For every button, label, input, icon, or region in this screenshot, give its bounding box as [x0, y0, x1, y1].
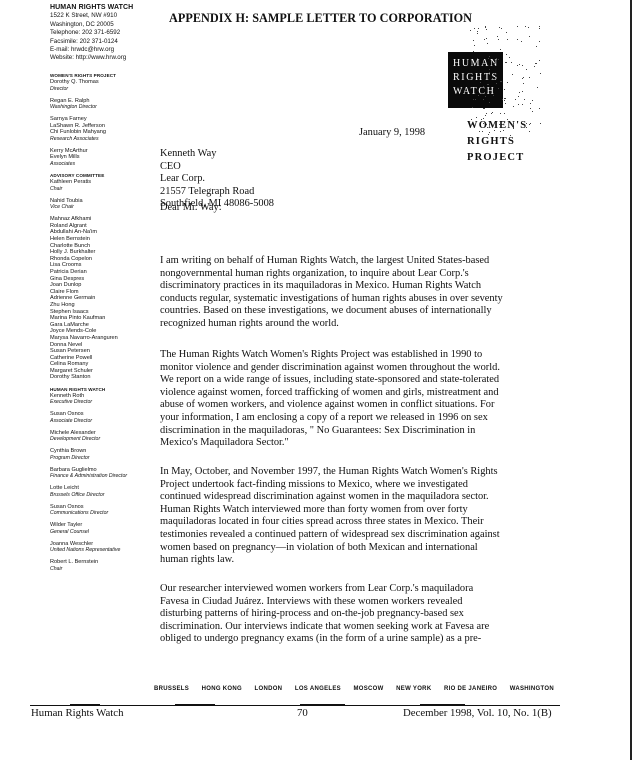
speckle [536, 46, 537, 47]
speckle [513, 128, 514, 129]
speckle [501, 28, 502, 29]
footer-rule [30, 705, 560, 706]
speckle [523, 77, 524, 78]
womens-rights-project-staff: WOMEN'S RIGHTS PROJECTDorothy Q. ThomasD… [50, 73, 150, 168]
staff-role: Development Director [50, 436, 150, 442]
staff-role: Program Director [50, 455, 150, 461]
letter-date: January 9, 1998 [359, 127, 425, 138]
body-paragraph: The Human Rights Watch Women's Rights Pr… [160, 349, 630, 450]
staff-group: Kerry McArthurEvelyn MillsAssociates [50, 148, 150, 168]
speckle [486, 29, 487, 30]
speckle [530, 108, 531, 109]
speckle [471, 119, 472, 120]
staff-name: Donna Nevel [50, 342, 150, 349]
speckle [525, 26, 526, 27]
speckle [498, 39, 499, 40]
speckle [522, 65, 523, 66]
speckle [513, 106, 514, 107]
staff-group: Regan E. RalphWashington Director [50, 98, 150, 111]
city: RIO DE JANEIRO [444, 686, 497, 692]
staff-name: Catherine Powell [50, 355, 150, 362]
staff-name: Roland Algrant [50, 223, 150, 230]
speckle [506, 32, 507, 33]
staff-role: Chair [50, 186, 150, 192]
speckle [488, 84, 489, 85]
speckle [530, 103, 531, 104]
staff-name: Kenneth Roth [50, 393, 150, 400]
speckle [488, 134, 489, 135]
recipient-company: Lear Corp. [160, 173, 274, 186]
speckle [498, 88, 499, 89]
staff-name: Cynthia Brown [50, 448, 150, 455]
staff-name: Celina Romany [50, 361, 150, 368]
speckle [485, 27, 486, 28]
staff-name: Michele Alexander [50, 430, 150, 437]
speckle [489, 72, 490, 73]
speckle [495, 76, 496, 77]
speckle [486, 38, 487, 39]
recipient-name: Kenneth Way [160, 148, 274, 161]
logo-sub-line: WOMEN'S [467, 118, 527, 134]
speckle [477, 31, 478, 32]
speckle [532, 111, 533, 112]
speckle [472, 124, 473, 125]
staff-name: Mahnaz Afkhami [50, 216, 150, 223]
speckle [511, 62, 512, 63]
staff-group: Mahnaz AfkhamiRoland AlgrantAbdullahi An… [50, 216, 150, 381]
speckle [483, 123, 484, 124]
speckle [537, 87, 538, 88]
speckle [529, 131, 530, 132]
speckle [494, 63, 495, 64]
staff-role: United Nations Representative [50, 547, 150, 553]
staff-name: Helen Bernstein [50, 236, 150, 243]
speckle [497, 36, 498, 37]
advisory-committee: ADVISORY COMMITTEEKathleen PeratisChairN… [50, 173, 150, 381]
staff-role: Brussels Office Director [50, 492, 150, 498]
footer-rule-segment [70, 704, 100, 706]
speckle [539, 108, 540, 109]
staff-role: Vice Chair [50, 204, 150, 210]
staff-name: Joyce Mends-Cole [50, 328, 150, 335]
speckle [489, 69, 490, 70]
staff-role: Finance & Administration Director [50, 473, 150, 479]
speckle [524, 99, 525, 100]
speckle [483, 86, 484, 87]
speckle [529, 77, 530, 78]
recipient-street: 21557 Telegraph Road [160, 186, 274, 199]
speckle [487, 43, 488, 44]
staff-group: Kathleen PeratisChair [50, 179, 150, 192]
footer-rule-segment [175, 704, 215, 706]
staff-name: Abdullahi An-Na'im [50, 229, 150, 236]
staff-name: Susan Petersen [50, 348, 150, 355]
footer-rule-segment [300, 704, 345, 706]
salutation: Dear Mr. Way: [160, 202, 222, 215]
speckle [526, 69, 527, 70]
speckle [522, 78, 523, 79]
speckle [517, 65, 518, 66]
org-address-line: Washington, DC 20005 [50, 21, 150, 29]
speckle [478, 28, 479, 29]
speckle [526, 127, 527, 128]
speckle [522, 104, 523, 105]
staff-role: Director [50, 86, 150, 92]
speckle [512, 125, 513, 126]
staff-name: Evelyn Mills [50, 154, 150, 161]
body-paragraph: I am writing on behalf of Human Rights W… [160, 255, 630, 331]
speckle [474, 28, 475, 29]
speckle [496, 58, 497, 59]
speckle [521, 41, 522, 42]
staff-name: Joanna Weschler [50, 541, 150, 548]
staff-name: Joan Dunlop [50, 282, 150, 289]
speckle [500, 131, 501, 132]
document-page: HUMAN RIGHTS WATCH 1522 K Street, NW #91… [0, 0, 636, 760]
speckle [505, 103, 506, 104]
staff-role: Executive Director [50, 399, 150, 405]
staff-name: Marysa Navarro-Aranguren [50, 335, 150, 342]
speckle [484, 39, 485, 40]
staff-name: Susan Osnos [50, 504, 150, 511]
speckle [499, 124, 500, 125]
footer-publisher: Human Rights Watch [31, 707, 124, 719]
org-website: Website: http://www.hrw.org [50, 54, 150, 62]
speckle [499, 27, 500, 28]
speckle [503, 130, 504, 131]
appendix-title: APPENDIX H: SAMPLE LETTER TO CORPORATION [169, 11, 472, 26]
office-cities: BRUSSELS HONG KONG LONDON LOS ANGELES MO… [154, 686, 554, 692]
speckle [489, 102, 490, 103]
staff-name: Wilder Tayler [50, 522, 150, 529]
staff-group: Robert L. BernsteinChair [50, 559, 150, 572]
speckle [486, 113, 487, 114]
staff-name: Zhu Hong [50, 302, 150, 309]
speckle [489, 56, 490, 57]
speckle [494, 130, 495, 131]
speckle [507, 82, 508, 83]
staff-group: Lotte LeichtBrussels Office Director [50, 485, 150, 498]
speckle [528, 27, 529, 28]
speckle [526, 123, 527, 124]
footer-rule-segment [420, 704, 465, 706]
staff-name: Nahid Toubia [50, 198, 150, 205]
hrw-staff: HUMAN RIGHTS WATCHKenneth RothExecutive … [50, 387, 150, 573]
staff-name: Charlotte Bunch [50, 243, 150, 250]
speckle [532, 100, 533, 101]
staff-name: Lisa Crooms [50, 262, 150, 269]
speckle [518, 104, 519, 105]
speckle [529, 36, 530, 37]
speckle [512, 74, 513, 75]
womens-rights-project-logo-text: WOMEN'S RIGHTS PROJECT [467, 118, 527, 166]
body-paragraph: Our researcher interviewed women workers… [160, 583, 630, 646]
recipient-title: CEO [160, 161, 274, 174]
staff-name: Robert L. Bernstein [50, 559, 150, 566]
staff-name: Regan E. Ralph [50, 98, 150, 105]
footer-issue: December 1998, Vol. 10, No. 1(B) [403, 707, 552, 719]
staff-name: Gina Despres [50, 276, 150, 283]
staff-role: Associate Director [50, 418, 150, 424]
speckle [504, 100, 505, 101]
speckle [486, 124, 487, 125]
speckle [535, 63, 536, 64]
speckle [473, 99, 474, 100]
speckle [487, 127, 488, 128]
speckle [491, 92, 492, 93]
speckle [493, 60, 494, 61]
speckle [534, 66, 535, 67]
speckle [476, 117, 477, 118]
speckle [491, 113, 492, 114]
staff-role: Communications Director [50, 510, 150, 516]
speckle [507, 39, 508, 40]
speckle [488, 58, 489, 59]
org-facsimile: Facsimile: 202 371-0124 [50, 38, 150, 46]
logo-line: HUMAN [453, 57, 503, 71]
staff-name: Kerry McArthur [50, 148, 150, 155]
speckle [530, 123, 531, 124]
speckle [517, 26, 518, 27]
speckle [472, 107, 473, 108]
staff-name: Margaret Schuler [50, 368, 150, 375]
speckle [519, 64, 520, 65]
scan-edge [630, 0, 632, 760]
staff-group: Nahid ToubiaVice Chair [50, 198, 150, 211]
speckle [471, 61, 472, 62]
speckle [515, 99, 516, 100]
speckle [505, 62, 506, 63]
speckle [500, 81, 501, 82]
speckle [500, 113, 501, 114]
staff-group: Cynthia BrownProgram Director [50, 448, 150, 461]
staff-role: General Counsel [50, 529, 150, 535]
speckle [519, 92, 520, 93]
staff-name: Holly J. Burkhalter [50, 249, 150, 256]
speckle [483, 99, 484, 100]
speckle [522, 91, 523, 92]
staff-group: Wilder TaylerGeneral Counsel [50, 522, 150, 535]
speckle [493, 95, 494, 96]
speckle [474, 45, 475, 46]
speckle [504, 122, 505, 123]
speckle [506, 62, 507, 63]
speckle [539, 41, 540, 42]
speckle [478, 95, 479, 96]
staff-role: Associates [50, 161, 150, 167]
speckle [473, 51, 474, 52]
staff-name: Rhonda Copelon [50, 256, 150, 263]
staff-group: Barbara GuglielmoFinance & Administratio… [50, 467, 150, 480]
speckle [489, 132, 490, 133]
staff-name: Marina Pinto Kaufman [50, 315, 150, 322]
speckle [495, 124, 496, 125]
org-name: HUMAN RIGHTS WATCH [50, 4, 150, 12]
staff-name: Sarnya Farney [50, 116, 150, 123]
staff-group: Susan OsnosAssociate Director [50, 411, 150, 424]
staff-name: Dorothy Stanton [50, 374, 150, 381]
speckle [485, 115, 486, 116]
city: MOSCOW [353, 686, 383, 692]
staff-group: Sarnya FarneyLaShawn R. JeffersonChi Fun… [50, 116, 150, 142]
staff-group: Michele AlexanderDevelopment Director [50, 430, 150, 443]
staff-name: Adrienne Germain [50, 295, 150, 302]
logo-line: WATCH [453, 85, 503, 99]
city: NEW YORK [396, 686, 431, 692]
city: LOS ANGELES [295, 686, 341, 692]
city: LONDON [255, 686, 283, 692]
speckle [540, 123, 541, 124]
speckle [518, 96, 519, 97]
staff-role: Washington Director [50, 104, 150, 110]
speckle [509, 57, 510, 58]
speckle [517, 39, 518, 40]
speckle [539, 60, 540, 61]
speckle [536, 63, 537, 64]
speckle [539, 28, 540, 29]
staff-group: Joanna WeschlerUnited Nations Representa… [50, 541, 150, 554]
speckle [483, 118, 484, 119]
speckle [506, 54, 507, 55]
staff-group: Kenneth RothExecutive Director [50, 393, 150, 406]
org-email: E-mail: hrwdc@hrw.org [50, 46, 150, 54]
speckle [478, 90, 479, 91]
speckle [539, 26, 540, 27]
speckle [485, 96, 486, 97]
org-address-line: 1522 K Street, NW #910 [50, 12, 150, 20]
staff-name: Susan Osnos [50, 411, 150, 418]
staff-name: Chi Funlobin Mahyang [50, 129, 150, 136]
staff-group: Susan OsnosCommunications Director [50, 504, 150, 517]
city: WASHINGTON [510, 686, 554, 692]
speckle [510, 135, 511, 136]
speckle [489, 124, 490, 125]
org-contact-block: HUMAN RIGHTS WATCH 1522 K Street, NW #91… [50, 4, 150, 63]
staff-name: Stephen Isaacs [50, 309, 150, 316]
staff-name: Gara LaMarche [50, 322, 150, 329]
staff-name: Dorothy Q. Thomas [50, 79, 150, 86]
speckle [482, 131, 483, 132]
city: BRUSSELS [154, 686, 189, 692]
speckle [500, 49, 501, 50]
speckle [529, 124, 530, 125]
letterhead-sidebar: HUMAN RIGHTS WATCH 1522 K Street, NW #91… [50, 4, 150, 578]
speckle [504, 113, 505, 114]
speckle [507, 119, 508, 120]
staff-role: Chair [50, 566, 150, 572]
speckle [480, 82, 481, 83]
speckle [540, 73, 541, 74]
speckle [481, 119, 482, 120]
staff-group: Dorothy Q. ThomasDirector [50, 79, 150, 92]
speckle [523, 83, 524, 84]
logo-sub-line: RIGHTS [467, 134, 527, 150]
staff-name: Barbara Guglielmo [50, 467, 150, 474]
body-paragraph: In May, October, and November 1997, the … [160, 466, 630, 567]
speckle [473, 40, 474, 41]
speckle [477, 58, 478, 59]
speckle [504, 89, 505, 90]
speckle [498, 59, 499, 60]
city: HONG KONG [202, 686, 242, 692]
speckle [492, 112, 493, 113]
staff-name: Lotte Leicht [50, 485, 150, 492]
speckle [475, 99, 476, 100]
speckle [496, 83, 497, 84]
speckle [477, 33, 478, 34]
page-number: 70 [297, 707, 308, 719]
staff-name: Claire Flom [50, 289, 150, 296]
staff-name: LaShawn R. Jefferson [50, 123, 150, 130]
speckle [513, 123, 514, 124]
speckle [484, 108, 485, 109]
staff-name: Kathleen Peratis [50, 179, 150, 186]
speckle [505, 98, 506, 99]
speckle [491, 79, 492, 80]
speckle [479, 131, 480, 132]
staff-name: Patricia Derian [50, 269, 150, 276]
org-telephone: Telephone: 202 371-6592 [50, 29, 150, 37]
speckle [502, 99, 503, 100]
speckle [470, 30, 471, 31]
logo-sub-line: PROJECT [467, 150, 527, 166]
staff-role: Research Associates [50, 136, 150, 142]
